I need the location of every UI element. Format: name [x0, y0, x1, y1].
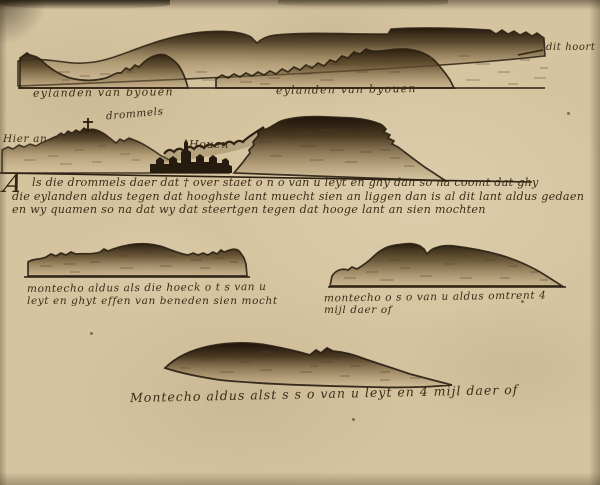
- ink-speck: [521, 300, 524, 303]
- caption-island-right-line-2: mijl daer of: [324, 304, 392, 318]
- manuscript-page: eylanden van byouen eylanden van byouen …: [0, 0, 600, 485]
- big-hill-silhouette: [234, 117, 448, 181]
- label-hier-an: Hier an: [3, 133, 47, 147]
- island-bottom-drawing: [165, 343, 452, 387]
- coast-town-drawing: [0, 117, 532, 182]
- paragraph-line-1: ls die drommels daer dat † over staet o …: [32, 176, 539, 190]
- paragraph-line-2: die eylanden aldus tegen dat hooghste la…: [12, 190, 584, 204]
- island-left-silhouette: [28, 244, 247, 276]
- caption-eylanden-right: eylanden van byouen: [276, 82, 417, 97]
- island-right-drawing: [328, 244, 566, 287]
- paragraph-line-3: en wy quamen so na dat wy dat steertgen …: [12, 203, 486, 217]
- ink-speck: [567, 112, 570, 115]
- ink-speck: [90, 332, 93, 335]
- right-edge-shadow: [589, 0, 600, 485]
- bottom-edge-shadow: [0, 472, 600, 485]
- island-right-silhouette: [330, 244, 562, 286]
- island-bottom-silhouette: [165, 343, 452, 387]
- label-houen: Houen: [189, 138, 229, 152]
- caption-island-left-line-2: leyt en ghyt effen van beneden sien moch…: [27, 295, 278, 309]
- ink-speck: [352, 418, 355, 421]
- top-left-corner-stain: [0, 0, 48, 46]
- left-edge-shadow: [0, 0, 7, 485]
- top-panorama-drawing: [18, 28, 548, 88]
- top-center-smudge: [278, 0, 448, 7]
- coastal-drawings-svg: [0, 0, 600, 485]
- caption-eylanden-left: eylanden van byouen: [33, 85, 174, 100]
- island-left-drawing: [24, 244, 250, 277]
